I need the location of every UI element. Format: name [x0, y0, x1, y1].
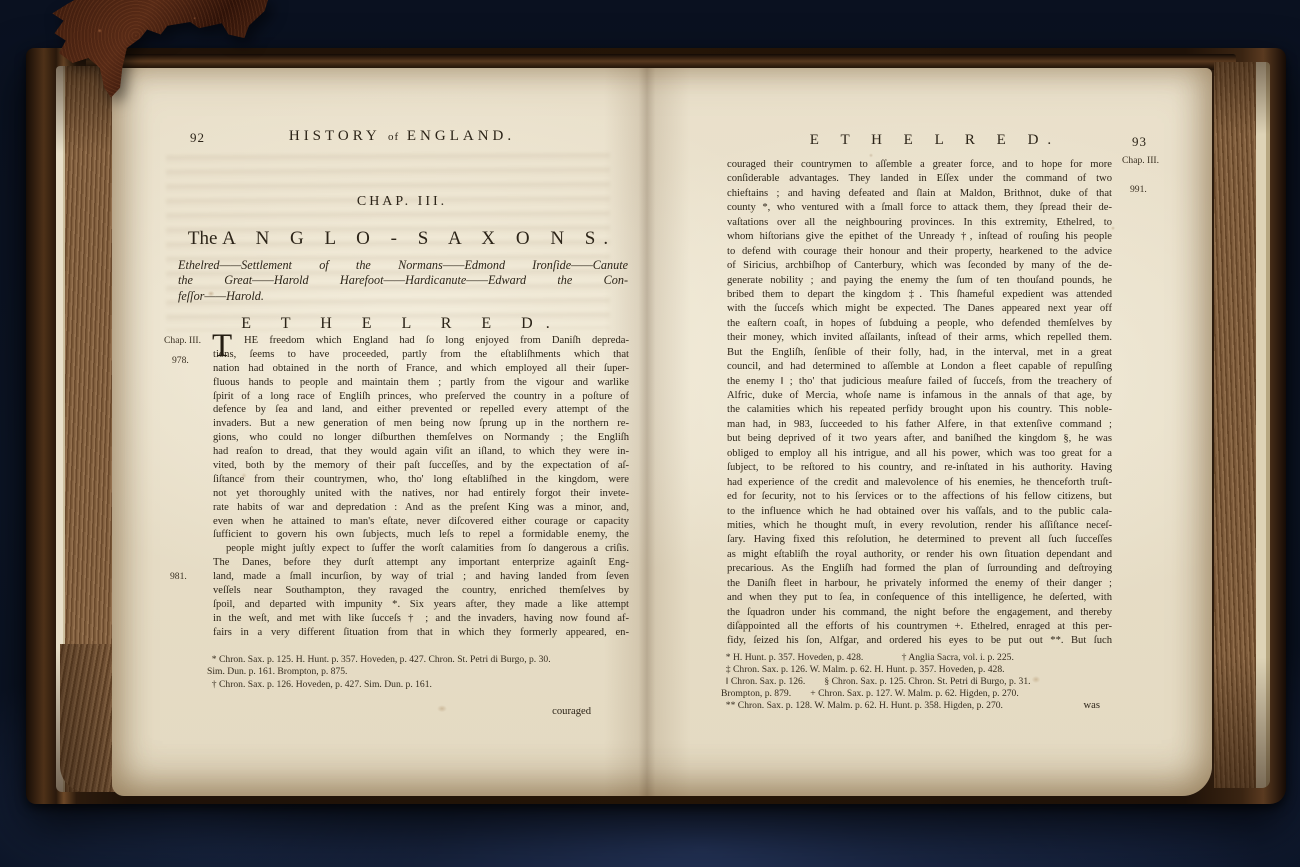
- text-line: the calamities which his repeated perfid…: [727, 403, 1112, 417]
- text-line: veſſels near Southampton, they ravaged t…: [213, 584, 629, 598]
- text-line: invaders. But a new generation of men be…: [213, 417, 629, 431]
- text-line: whom hiſtorians give the epithet of the …: [727, 230, 1112, 244]
- text-line: the Great——Harold Harefoot——Hardicanute—…: [178, 273, 628, 288]
- text-line: to defend with courage their honour and …: [727, 245, 1112, 259]
- page-block-edge-right: [1214, 62, 1270, 788]
- left-page: 92 HISTORY of ENGLAND. CHAP. III. The A …: [112, 68, 646, 796]
- text-line: and when they put to ſea, in conſequence…: [727, 591, 1112, 605]
- text-line: had reaſon to dread, that they would aga…: [213, 445, 629, 459]
- text-line: ſary. Having fixed this reſolution, he d…: [727, 533, 1112, 547]
- text-line: the ſquadron under his command, the nigh…: [727, 606, 1112, 620]
- text-line: nation had obtained in the north of Fran…: [213, 362, 629, 376]
- text-line: fairs in a very different ſituation from…: [213, 626, 629, 640]
- text-line: diſappointed all the efforts of his coun…: [727, 620, 1112, 634]
- section-heading-main: A N G L O - S A X O N S.: [222, 228, 616, 249]
- text-line: [207, 691, 629, 703]
- margin-note-year-991: 991.: [1130, 184, 1147, 195]
- text-line: Ethelred——Settlement of the Normans——Edm…: [178, 258, 628, 273]
- text-line: fluous hands to people and maintain them…: [213, 376, 629, 390]
- text-line: even when he attained to man's eſtate, n…: [213, 515, 629, 529]
- section-heading-the: The: [188, 228, 218, 249]
- text-line: Brompton, p. 879. + Chron. Sax. p. 127. …: [721, 688, 1117, 700]
- text-line: rate habits of war and depredation : And…: [213, 501, 629, 515]
- text-line: But the Engliſh, ſenſible of their folly…: [727, 346, 1112, 360]
- leather-fragment: [50, 0, 276, 120]
- body-text-right: couraged their countrymen to aſſemble a …: [727, 158, 1112, 649]
- text-line: as might eſtabliſh the royal authority, …: [727, 548, 1112, 562]
- running-head-word: ENGLAND.: [407, 128, 515, 144]
- text-line: vaſtations over all the neighbouring pro…: [727, 216, 1112, 230]
- section-subheading: E T H E L R E D.: [172, 315, 632, 333]
- text-line: Sim. Dun. p. 161. Brompton, p. 875.: [207, 666, 629, 678]
- leather-fragment-surface: [50, 0, 276, 120]
- margin-note-year-978: 978.: [172, 355, 189, 366]
- text-line: * Chron. Sax. p. 125. H. Hunt. p. 357. H…: [207, 654, 629, 666]
- text-line: ſufficient to govern his own ſubjects, m…: [213, 528, 629, 542]
- text-line: Alfric, duke of Mercia, whoſe name is in…: [727, 389, 1112, 403]
- book: 92 HISTORY of ENGLAND. CHAP. III. The A …: [26, 48, 1286, 804]
- text-line: * H. Hunt. p. 357. Hoveden, p. 428. † An…: [721, 652, 1117, 664]
- text-line: couraged their countrymen to aſſemble a …: [727, 158, 1112, 172]
- text-line: their money, which invited aſſailants, i…: [727, 331, 1112, 345]
- text-line: the enemy ‖ ; tho' that judicious meaſur…: [727, 375, 1112, 389]
- catchword-left: couraged: [213, 706, 629, 717]
- text-line: man had, in 983, ſucceeded to his father…: [727, 418, 1112, 432]
- text-line: HE freedom which England had ſo long enj…: [213, 334, 629, 348]
- chapter-heading: CHAP. III.: [172, 194, 632, 210]
- text-line: the eaſtern coaſt, in hopes of ſubduing …: [727, 317, 1112, 331]
- text-line: vited, both by the memory of their paſt …: [213, 459, 629, 473]
- drop-cap: T: [212, 331, 232, 361]
- text-line: in the weſt, and met with like ſucceſs †…: [213, 612, 629, 626]
- photo-background: 92 HISTORY of ENGLAND. CHAP. III. The A …: [0, 0, 1300, 867]
- text-line: ſiſtance from their countrymen, who, tho…: [213, 473, 629, 487]
- body-text-left: T HE freedom which England had ſo long e…: [213, 334, 629, 640]
- margin-note-chapter-left: Chap. III.: [164, 335, 201, 346]
- text-line: the Daniſh fleet in harbour, he privatel…: [727, 577, 1112, 591]
- text-line: The Danes, before they durſt attempt any…: [213, 556, 629, 570]
- right-page: E T H E L R E D. 93 Chap. III. 991. cour…: [646, 68, 1212, 796]
- text-line: county *, who ventured with a ſmall forc…: [727, 201, 1112, 215]
- text-line: land, made a ſmall incurſion, by way of …: [213, 570, 629, 584]
- text-line: to the influence which he had obtained o…: [727, 505, 1112, 519]
- text-line: had experience of the credit and malevol…: [727, 476, 1112, 490]
- text-line: but being deprived of it two years after…: [727, 432, 1112, 446]
- section-heading: The A N G L O - S A X O N S.: [172, 228, 632, 250]
- text-line: not yet thoroughly united with the nativ…: [213, 487, 629, 501]
- text-line: chieftains ; and having defeated and ſla…: [727, 187, 1112, 201]
- text-line: conſiderable advantages. They landed in …: [727, 172, 1112, 186]
- running-head-word: HISTORY: [289, 128, 380, 144]
- text-line: people might juſtly expect to ſuffer the…: [213, 542, 629, 556]
- margin-note-year-981: 981.: [170, 571, 187, 582]
- text-line: ed for ſecurity, not to his ſervices or …: [727, 490, 1112, 504]
- text-line: † Chron. Sax. p. 126. Hoveden, p. 427. S…: [207, 679, 629, 691]
- text-line: ‖ Chron. Sax. p. 126. § Chron. Sax. p. 1…: [721, 676, 1117, 688]
- text-line: ſpirit of a long race of Engliſh princes…: [213, 390, 629, 404]
- text-line: obliged to employ all his intrigue, and …: [727, 447, 1112, 461]
- margin-note-chapter-right: Chap. III.: [1122, 155, 1159, 166]
- text-line: feſſor——Harold.: [178, 289, 628, 304]
- text-line: with the ſucceſs which might be expected…: [727, 302, 1112, 316]
- text-line: precarious. As the Engliſh had formed th…: [727, 562, 1112, 576]
- text-line: ‡ Chron. Sax. p. 126. W. Malm. p. 62. H.…: [721, 664, 1117, 676]
- text-line: generate nobility ; and paying the enemy…: [727, 274, 1112, 288]
- page-number-right: 93: [1132, 134, 1147, 150]
- text-line: bribed them to depart the kingdom ‡. Thi…: [727, 288, 1112, 302]
- catchword-right: was: [727, 700, 1112, 711]
- text-line: ſubject, to be reſtored to his country, …: [727, 461, 1112, 475]
- text-line: gions, who could no longer diſburthen th…: [213, 431, 629, 445]
- text-line: ſpoil, and departed with impunity *. Six…: [213, 598, 629, 612]
- text-line: tions, ſeems to have proceeded, partly f…: [213, 348, 629, 362]
- chapter-summary: Ethelred——Settlement of the Normans——Edm…: [178, 258, 628, 304]
- text-line: of Siricius, archbiſhop of Canterbury, w…: [727, 259, 1112, 273]
- text-line: council, and had determined to aſſemble …: [727, 360, 1112, 374]
- text-line: mities, which he thought muſt, in every …: [727, 519, 1112, 533]
- text-line: defence by ſea and land, and either prev…: [213, 403, 629, 417]
- text-line: fidy, ſeized his ſon, Alfgar, and ordere…: [727, 634, 1112, 648]
- page-spread: 92 HISTORY of ENGLAND. CHAP. III. The A …: [112, 68, 1212, 796]
- running-head-left: HISTORY of ENGLAND.: [172, 128, 632, 145]
- running-head-right: E T H E L R E D.: [706, 132, 1164, 149]
- running-head-word-of: of: [388, 131, 399, 143]
- footnotes-left: * Chron. Sax. p. 125. H. Hunt. p. 357. H…: [207, 654, 629, 704]
